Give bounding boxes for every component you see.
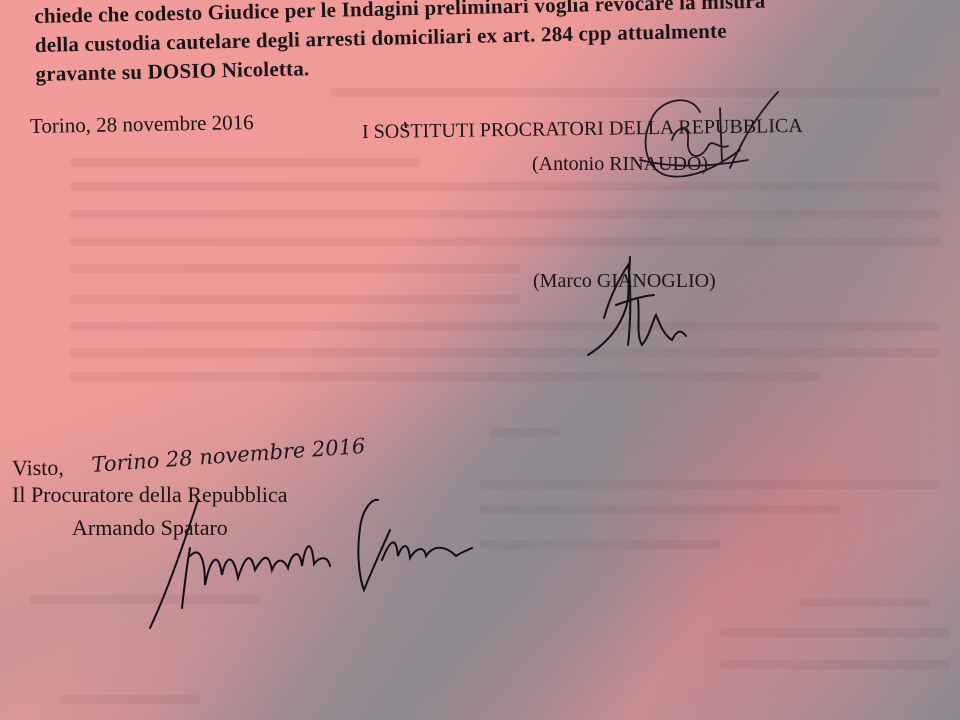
place-date: Torino, 28 novembre 2016 [30,110,254,139]
handwritten-ink: Torino 28 novembre 2016 [0,0,960,720]
request-paragraph: chiede che codesto Giudice per le Indagi… [34,0,936,89]
prosecutor-name: Armando Spataro [72,515,228,541]
signatory-name-rinaudo: (Antonio RINAUDO) [532,153,708,176]
visto-line: Visto, [12,455,64,481]
handwritten-date: Torino 28 novembre 2016 [91,434,366,477]
signatory-name-gianoglio: (Marco GIANOGLIO) [533,270,716,293]
document-photo: chiede che codesto Giudice per le Indagi… [0,0,960,720]
deputy-prosecutors-title: I SOSTITUTI PROCRATORI DELLA REPUBBLICA [362,115,803,144]
visto-label: Visto, [12,455,64,480]
shadow-overlay [0,0,960,720]
prosecutor-title: Il Procuratore della Repubblica [12,482,288,508]
